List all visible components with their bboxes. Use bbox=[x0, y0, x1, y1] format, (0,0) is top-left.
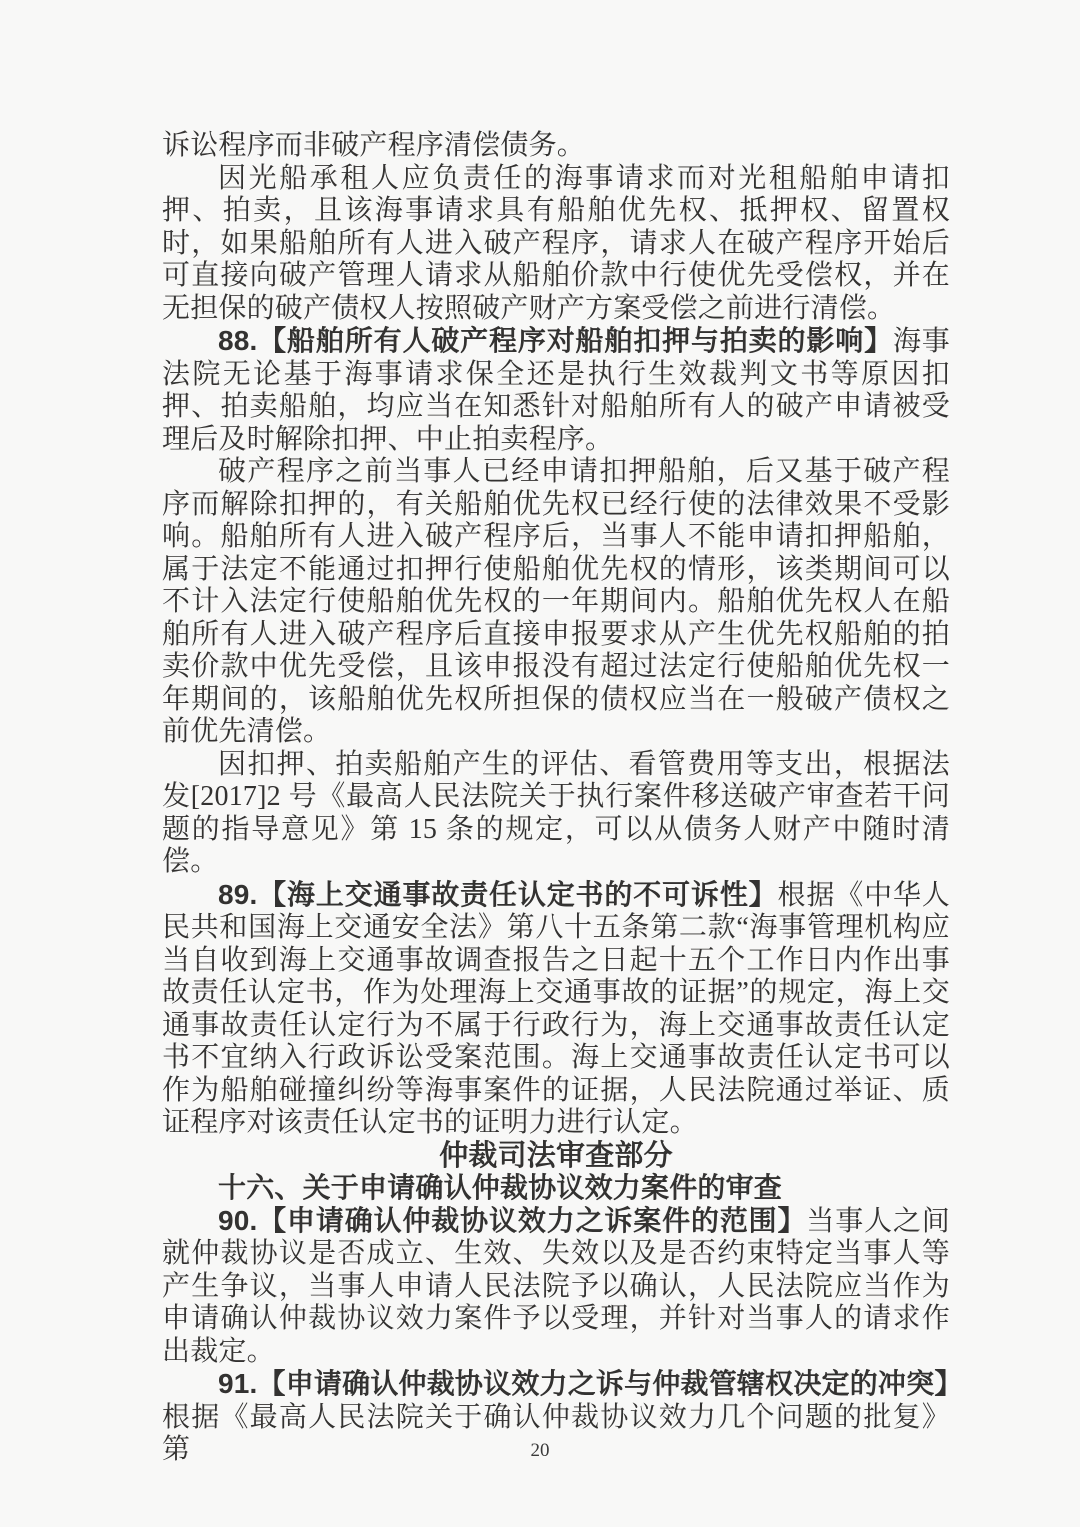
bold-text-run: 90.【申请确认仲裁协议效力之诉案件的范围】 bbox=[218, 1205, 806, 1236]
document-page: 诉讼程序而非破产程序清偿债务。因光船承租人应负责任的海事请求而对光租船舶申请扣押… bbox=[0, 0, 1080, 1527]
paragraph-continuation: 诉讼程序而非破产程序清偿债务。 bbox=[162, 130, 950, 163]
item-90-paragraph: 90.【申请确认仲裁协议效力之诉案件的范围】当事人之间就仲裁协议是否成立、生效、… bbox=[162, 1205, 950, 1369]
bold-text-run: 十六、关于申请确认仲裁协议效力案件的审查 bbox=[218, 1172, 782, 1203]
paragraph-arrest-auction-expenses: 因扣押、拍卖船舶产生的评估、看管费用等支出，根据法发[2017]2 号《最高人民… bbox=[162, 749, 950, 879]
text-run: 诉讼程序而非破产程序清偿债务。 bbox=[162, 130, 585, 161]
bold-text-run: 仲裁司法审查部分 bbox=[439, 1140, 673, 1172]
page-body: 诉讼程序而非破产程序清偿债务。因光船承租人应负责任的海事请求而对光租船舶申请扣押… bbox=[162, 130, 950, 1467]
text-run: 因扣押、拍卖船舶产生的评估、看管费用等支出，根据法发[2017]2 号《最高人民… bbox=[162, 749, 950, 878]
text-run: 破产程序之前当事人已经申请扣押船舶，后又基于破产程序而解除扣押的，有关船舶优先权… bbox=[162, 456, 950, 747]
paragraph-bareboat-charter: 因光船承租人应负责任的海事请求而对光租船舶申请扣押、拍卖，且该海事请求具有船舶优… bbox=[162, 163, 950, 326]
section-heading-arbitration: 仲裁司法审查部分 bbox=[162, 1140, 950, 1173]
text-run: 因光船承租人应负责任的海事请求而对光租船舶申请扣押、拍卖，且该海事请求具有船舶优… bbox=[162, 163, 950, 324]
item-89-paragraph: 89.【海上交通事故责任认定书的不可诉性】根据《中华人民共和国海上交通安全法》第… bbox=[162, 879, 950, 1140]
subsection-heading-16: 十六、关于申请确认仲裁协议效力案件的审查 bbox=[162, 1172, 950, 1205]
bold-text-run: 88.【船舶所有人破产程序对船舶扣押与拍卖的影响】 bbox=[218, 325, 893, 356]
page-number: 20 bbox=[0, 1440, 1080, 1462]
bold-text-run: 91.【申请确认仲裁协议效力之诉与仲裁管辖权决定的冲突】 bbox=[218, 1368, 963, 1399]
text-run: 根据《中华人民共和国海上交通安全法》第八十五条第二款“海事管理机构应当自收到海上… bbox=[162, 880, 950, 1139]
item-88-paragraph: 88.【船舶所有人破产程序对船舶扣押与拍卖的影响】海事法院无论基于海事请求保全还… bbox=[162, 325, 950, 456]
bold-text-run: 89.【海上交通事故责任认定书的不可诉性】 bbox=[218, 879, 778, 910]
paragraph-maritime-lien-bankruptcy: 破产程序之前当事人已经申请扣押船舶，后又基于破产程序而解除扣押的，有关船舶优先权… bbox=[162, 456, 950, 749]
